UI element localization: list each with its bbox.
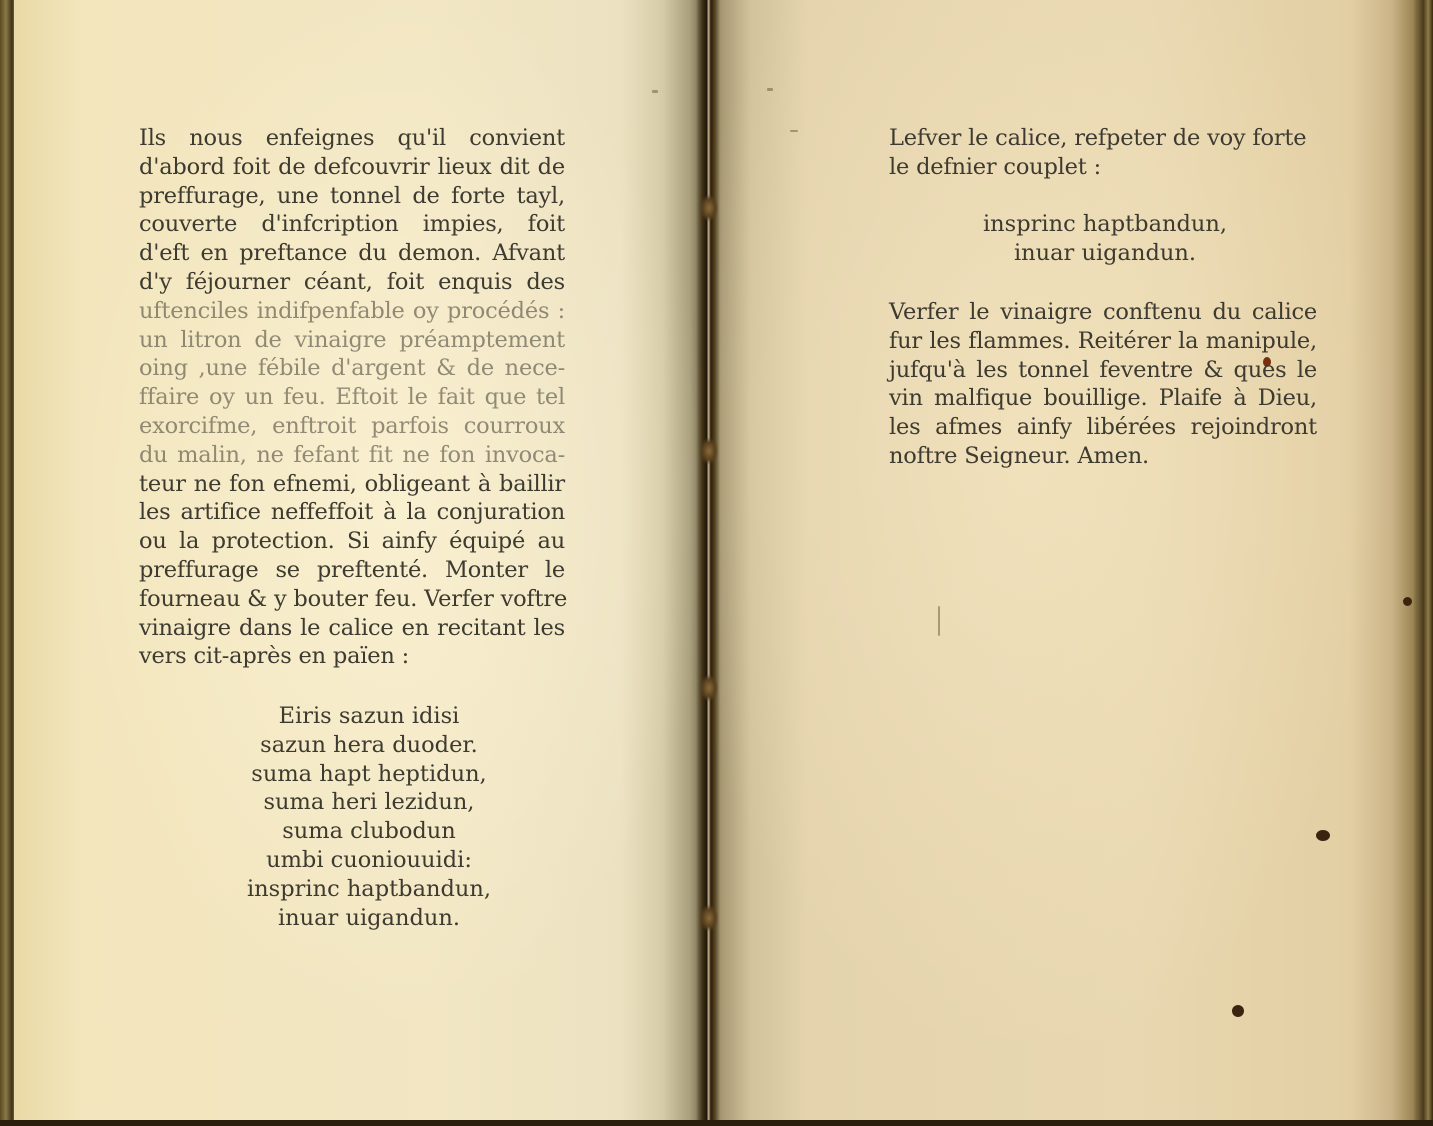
verse-line: sazun hera duoder. [214, 731, 524, 760]
text-line: teur ne fon efnemi, obligeant à baillir [139, 470, 565, 499]
text-line: les artifice neffeffoit à la conjuration [139, 498, 565, 527]
text-line: d'abord foit de defcouvrir lieux dit de [139, 153, 565, 182]
text-line: du malin, ne fefant fit ne fon invoca- [139, 441, 565, 470]
text-line: Lefver le calice, refpeter de voy forte [889, 124, 1309, 153]
worm-hole [1403, 597, 1412, 606]
binding-stitch [700, 675, 718, 701]
text-line: oing ,une fébile d'argent & de nece- [139, 354, 565, 383]
binding-stitch [700, 905, 718, 931]
right-page-edge [1417, 0, 1433, 1126]
book-spread: Ils nous enfeignes qu'il convient d'abor… [0, 0, 1433, 1126]
binding-stitch [700, 195, 718, 221]
text-line: vers cit-après en païen : [139, 642, 565, 671]
right-page-intro: Lefver le calice, refpeter de voy forte … [889, 124, 1309, 182]
text-line: exorcifme, enftroit parfois courroux [139, 412, 565, 441]
verse-line: suma clubodun [214, 817, 524, 846]
paper-fiber [938, 606, 940, 636]
text-line: les afmes ainfy libérées rejoindront [889, 413, 1317, 442]
text-line: d'y féjourner céant, foit enquis des [139, 268, 565, 297]
text-line: fur les flammes. Reitérer la manipule, [889, 327, 1317, 356]
text-line: d'eft en preftance du demon. Afvant [139, 239, 565, 268]
verse-line: suma heri lezidun, [214, 788, 524, 817]
text-line: fourneau & y bouter feu. Verfer voftre [139, 585, 565, 614]
text-line: couverte d'infcription impies, foit [139, 210, 565, 239]
verse-line: Eiris sazun idisi [214, 702, 524, 731]
paper-speck [767, 88, 773, 91]
verse-line: insprinc haptbandun, [214, 875, 524, 904]
verse-line: insprinc haptbandun, [960, 210, 1250, 239]
text-line: Ils nous enfeignes qu'il convient [139, 124, 565, 153]
left-page-paragraph: Ils nous enfeignes qu'il convient d'abor… [139, 124, 565, 671]
verse-line: suma hapt heptidun, [214, 760, 524, 789]
text-line: ffaire oy un feu. Eftoit le fait que tel [139, 383, 565, 412]
text-line: Verfer le vinaigre conftenu du calice [889, 298, 1317, 327]
right-page-paragraph: Verfer le vinaigre conftenu du calice fu… [889, 298, 1317, 471]
text-line: noftre Seigneur. Amen. [889, 442, 1317, 471]
verse-line: inuar uigandun. [960, 239, 1250, 268]
text-line: preffurage se preftenté. Monter le [139, 556, 565, 585]
text-line: vinaigre dans le calice en recitant les [139, 614, 565, 643]
worm-hole [1232, 1005, 1244, 1017]
binding-stitch [700, 438, 718, 464]
text-line: ou la protection. Si ainfy équipé au [139, 527, 565, 556]
ink-stain [1316, 830, 1330, 841]
bottom-page-edge [0, 1120, 1433, 1126]
verse-line: inuar uigandun. [214, 904, 524, 933]
text-line: uftenciles indifpenfable oy procédés : [139, 297, 565, 326]
paper-speck [790, 130, 798, 132]
paper-speck [652, 90, 658, 93]
verse-line: umbi cuoniouuidi: [214, 846, 524, 875]
text-line: preffurage, une tonnel de forte tayl, [139, 182, 565, 211]
book-binding-gutter [696, 0, 720, 1126]
text-line: vin malfique bouillige. Plaife à Dieu, [889, 384, 1317, 413]
left-page-verse: Eiris sazun idisi sazun hera duoder. sum… [214, 702, 524, 932]
text-line: un litron de vinaigre préamptement [139, 326, 565, 355]
right-page-verse: insprinc haptbandun, inuar uigandun. [960, 210, 1250, 268]
text-line: le defnier couplet : [889, 153, 1309, 182]
text-line: jufqu'à les tonnel feventre & ques le [889, 356, 1317, 385]
